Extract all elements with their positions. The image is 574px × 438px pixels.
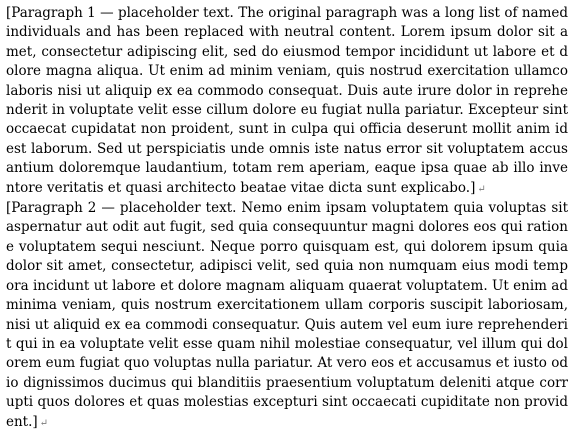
document-paragraph-1: [Paragraph 1 — placeholder text. The ori… (6, 4, 568, 199)
document-paragraph-2: [Paragraph 2 — placeholder text. Nemo en… (6, 199, 568, 433)
paragraph-text: [Paragraph 1 — placeholder text. The ori… (6, 5, 568, 196)
paragraph-mark-icon: ↵ (40, 418, 48, 429)
paragraph-mark-icon: ↵ (477, 184, 485, 195)
paragraph-text: [Paragraph 2 — placeholder text. Nemo en… (6, 200, 568, 429)
document-page: [Paragraph 1 — placeholder text. The ori… (0, 0, 574, 433)
